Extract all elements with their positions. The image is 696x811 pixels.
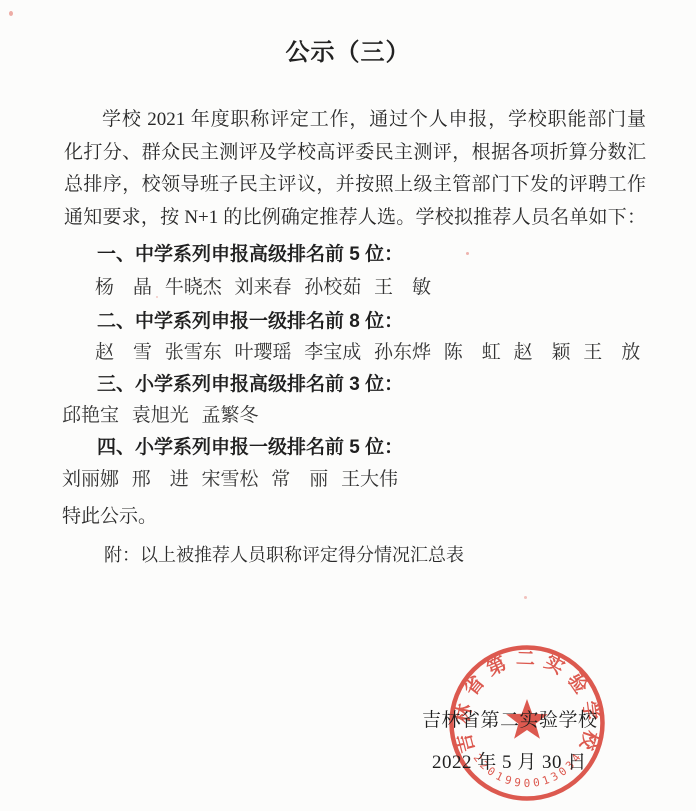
names-row-2: 赵 雪 张雪东 叶璎瑶 李宝成 孙东烨 陈 虹 赵 颖 王 放 bbox=[95, 341, 640, 365]
issue-date: 2022 年 5 月 30 日 bbox=[432, 747, 587, 774]
paragraph-line: 通知要求，按 N+1 的比例确定推荐人选。学校拟推荐人员名单如下： bbox=[64, 202, 646, 235]
announcement-document: 公示（三） 学校 2021 年度职称评定工作，通过个人申报，学校职能部门量 化打… bbox=[0, 0, 696, 811]
paragraph-line: 学校 2021 年度职称评定工作，通过个人申报，学校职能部门量 bbox=[64, 104, 646, 137]
section-heading-3: 三、小学系列申报高级排名前 3 位： bbox=[97, 373, 403, 397]
scan-speck bbox=[524, 596, 527, 599]
page-title: 公示（三） bbox=[0, 32, 696, 67]
section-heading-2: 二、中学系列申报一级排名前 8 位： bbox=[97, 310, 403, 334]
closing-statement: 特此公示。 bbox=[62, 501, 157, 528]
paragraph-line: 总排序，校领导班子民主评议，并按照上级主管部门下发的评聘工作 bbox=[64, 169, 646, 202]
paragraph-line: 化打分、群众民主测评及学校高评委民主测评，根据各项折算分数汇 bbox=[64, 137, 646, 170]
attachment-note: 附：以上被推荐人员职称评定得分情况汇总表 bbox=[104, 541, 464, 567]
section-heading-4: 四、小学系列申报一级排名前 5 位： bbox=[97, 436, 403, 460]
names-row-3: 邱艳宝 袁旭光 孟繁冬 bbox=[62, 404, 259, 428]
scan-speck bbox=[156, 296, 158, 298]
issuer-signature: 吉林省第二实验学校 bbox=[422, 705, 598, 732]
names-row-4: 刘丽娜 邢 进 宋雪松 常 丽 王大伟 bbox=[62, 468, 398, 492]
scan-speck bbox=[466, 252, 469, 255]
section-heading-1: 一、中学系列申报高级排名前 5 位： bbox=[97, 243, 403, 267]
names-row-1: 杨 晶 牛晓杰 刘来春 孙校茹 王 敏 bbox=[95, 276, 431, 300]
scan-speck bbox=[9, 11, 13, 16]
